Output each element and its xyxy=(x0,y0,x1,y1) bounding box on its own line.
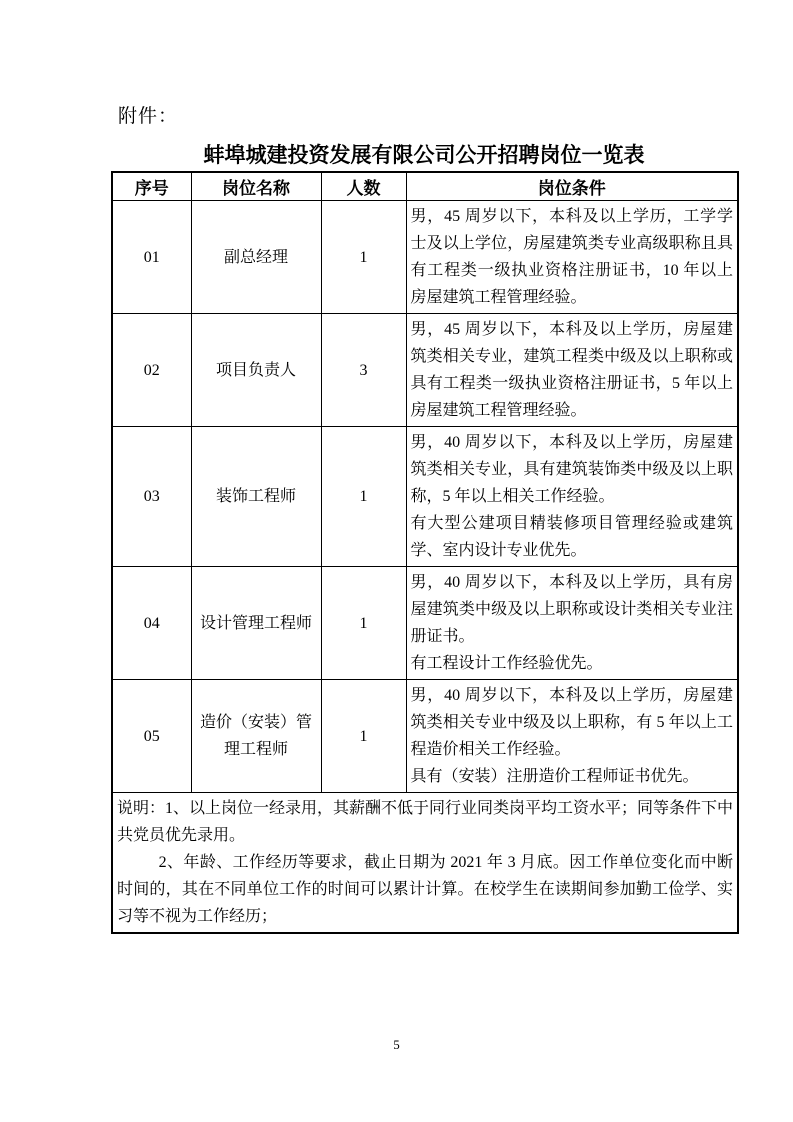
position-conditions: 男，40 周岁以下，本科及以上学历，房屋建筑类相关专业，具有建筑装饰类中级及以上… xyxy=(406,427,738,567)
condition-paragraph: 男，45 周岁以下，本科及以上学历，工学学士及以上学位，房屋建筑类专业高级职称且… xyxy=(411,203,734,311)
page-title: 蚌埠城建投资发展有限公司公开招聘岗位一览表 xyxy=(111,139,737,169)
table-row: 01 副总经理 1 男，45 周岁以下，本科及以上学历，工学学士及以上学位，房屋… xyxy=(112,201,738,314)
table-row: 02 项目负责人 3 男，45 周岁以下，本科及以上学历，房屋建筑类相关专业，建… xyxy=(112,314,738,427)
table-header-row: 序号 岗位名称 人数 岗位条件 xyxy=(112,172,738,201)
row-number: 03 xyxy=(112,427,191,567)
position-name: 项目负责人 xyxy=(191,314,321,427)
headcount: 1 xyxy=(321,201,406,314)
position-name: 设计管理工程师 xyxy=(191,567,321,680)
row-number: 05 xyxy=(112,680,191,793)
row-number: 04 xyxy=(112,567,191,680)
condition-paragraph: 有工程设计工作经验优先。 xyxy=(411,650,734,677)
position-conditions: 男，40 周岁以下，本科及以上学历，具有房屋建筑类中级及以上职称或设计类相关专业… xyxy=(406,567,738,680)
column-header-position: 岗位名称 xyxy=(191,172,321,201)
position-name: 副总经理 xyxy=(191,201,321,314)
position-conditions: 男，45 周岁以下，本科及以上学历，房屋建筑类相关专业，建筑工程类中级及以上职称… xyxy=(406,314,738,427)
condition-paragraph: 男，40 周岁以下，本科及以上学历，房屋建筑类相关专业中级及以上职称，有 5 年… xyxy=(411,682,734,763)
note-paragraph: 2、年龄、工作经历等要求，截止日期为 2021 年 3 月底。因工作单位变化而中… xyxy=(117,849,733,930)
column-header-conditions: 岗位条件 xyxy=(406,172,738,201)
notes-cell: 说明：1、以上岗位一经录用，其薪酬不低于同行业同类岗平均工资水平；同等条件下中共… xyxy=(112,793,738,934)
condition-paragraph: 男，45 周岁以下，本科及以上学历，房屋建筑类相关专业，建筑工程类中级及以上职称… xyxy=(411,316,734,424)
column-header-count: 人数 xyxy=(321,172,406,201)
position-name: 造价（安装）管理工程师 xyxy=(191,680,321,793)
attachment-label: 附件： xyxy=(118,101,178,128)
row-number: 01 xyxy=(112,201,191,314)
condition-paragraph: 男，40 周岁以下，本科及以上学历，具有房屋建筑类中级及以上职称或设计类相关专业… xyxy=(411,569,734,650)
condition-paragraph: 具有（安装）注册造价工程师证书优先。 xyxy=(411,763,734,790)
position-conditions: 男，40 周岁以下，本科及以上学历，房屋建筑类相关专业中级及以上职称，有 5 年… xyxy=(406,680,738,793)
headcount: 1 xyxy=(321,567,406,680)
table-row: 05 造价（安装）管理工程师 1 男，40 周岁以下，本科及以上学历，房屋建筑类… xyxy=(112,680,738,793)
table-notes-row: 说明：1、以上岗位一经录用，其薪酬不低于同行业同类岗平均工资水平；同等条件下中共… xyxy=(112,793,738,934)
headcount: 1 xyxy=(321,427,406,567)
condition-paragraph: 男，40 周岁以下，本科及以上学历，房屋建筑类相关专业，具有建筑装饰类中级及以上… xyxy=(411,429,734,510)
headcount: 1 xyxy=(321,680,406,793)
recruitment-table: 序号 岗位名称 人数 岗位条件 01 副总经理 1 男，45 周岁以下，本科及以… xyxy=(111,171,739,934)
table-row: 03 装饰工程师 1 男，40 周岁以下，本科及以上学历，房屋建筑类相关专业，具… xyxy=(112,427,738,567)
document-page: 附件： 蚌埠城建投资发展有限公司公开招聘岗位一览表 序号 岗位名称 人数 岗位条… xyxy=(0,0,793,1122)
table-row: 04 设计管理工程师 1 男，40 周岁以下，本科及以上学历，具有房屋建筑类中级… xyxy=(112,567,738,680)
row-number: 02 xyxy=(112,314,191,427)
note-paragraph: 说明：1、以上岗位一经录用，其薪酬不低于同行业同类岗平均工资水平；同等条件下中共… xyxy=(117,795,733,849)
position-conditions: 男，45 周岁以下，本科及以上学历，工学学士及以上学位，房屋建筑类专业高级职称且… xyxy=(406,201,738,314)
page-number: 5 xyxy=(0,1037,793,1053)
position-name: 装饰工程师 xyxy=(191,427,321,567)
column-header-serial: 序号 xyxy=(112,172,191,201)
condition-paragraph: 有大型公建项目精装修项目管理经验或建筑学、室内设计专业优先。 xyxy=(411,510,734,564)
headcount: 3 xyxy=(321,314,406,427)
